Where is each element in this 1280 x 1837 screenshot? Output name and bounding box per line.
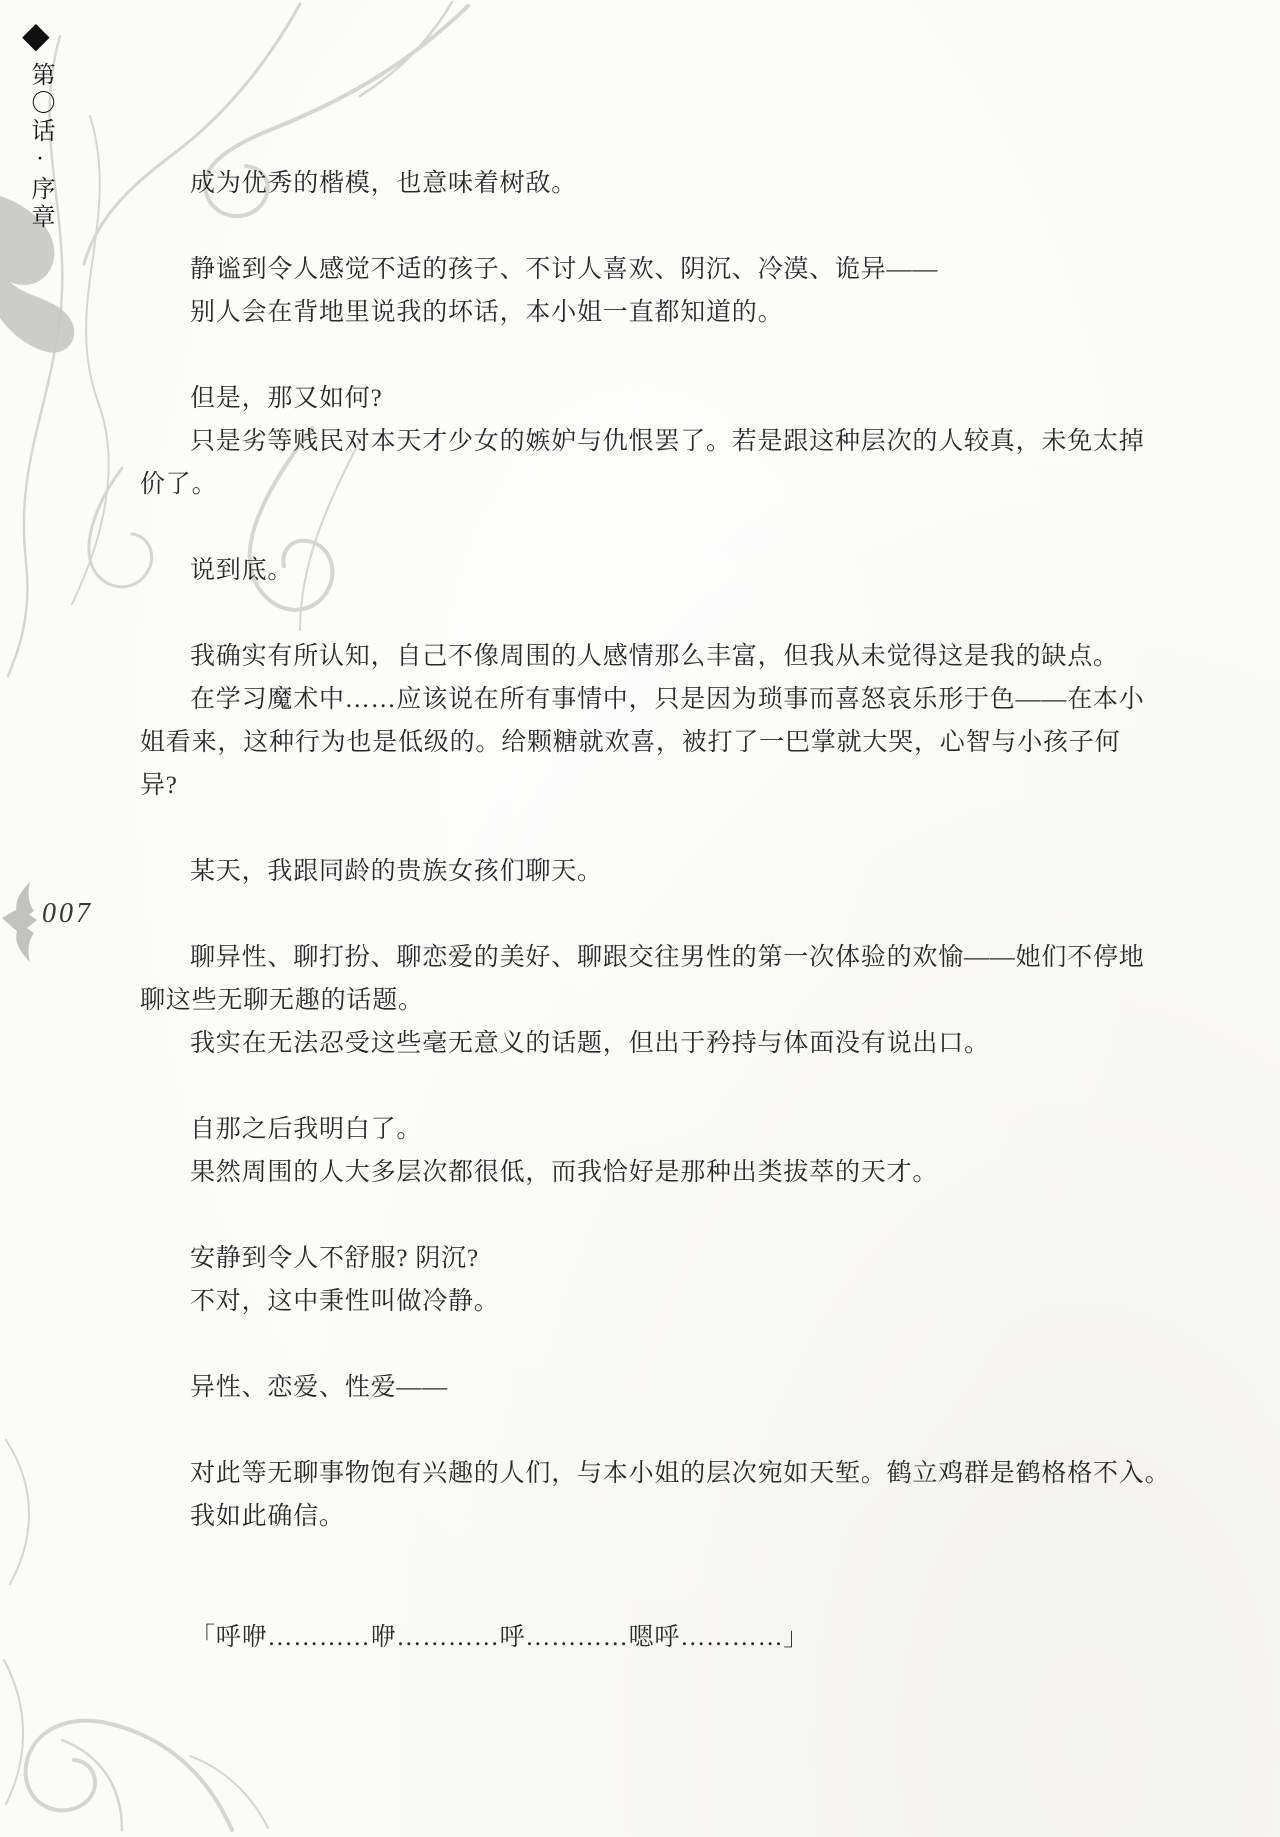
text-line: 说到底。 [140,549,1200,592]
text-line: 成为优秀的楷模，也意味着树敌。 [140,162,1200,205]
novel-page: ◆ 第〇话·序章 007 成为优秀的楷模，也意味着树敌。静谧到令人感觉不适的孩子… [0,0,1280,1837]
paragraph-group: 「呼咿…………咿…………呼…………嗯呼…………」 [140,1616,1200,1659]
text-line: 静谧到令人感觉不适的孩子、不讨人喜欢、阴沉、冷漠、诡异—— [140,248,1200,291]
paragraph-group: 某天，我跟同龄的贵族女孩们聊天。 [140,850,1200,893]
page-number: 007 [42,898,93,930]
text-line: 姐看来，这种行为也是低级的。给颗糖就欢喜，被打了一巴掌就大哭，心智与小孩子何 [140,721,1200,764]
paragraph-group: 成为优秀的楷模，也意味着树敌。 [140,162,1200,205]
chapter-title-vertical: 第〇话·序章 [23,62,58,232]
text-line: 我确实有所认知，自己不像周围的人感情那么丰富，但我从未觉得这是我的缺点。 [140,635,1200,678]
paragraph-group: 说到底。 [140,549,1200,592]
paragraph-group: 安静到令人不舒服? 阴沉?不对，这中秉性叫做冷静。 [140,1237,1200,1323]
paragraph-group: 异性、恋爱、性爱—— [140,1366,1200,1409]
text-line: 我实在无法忍受这些毫无意义的话题，但出于矜持与体面没有说出口。 [140,1022,1200,1065]
body-text: 成为优秀的楷模，也意味着树敌。静谧到令人感觉不适的孩子、不讨人喜欢、阴沉、冷漠、… [140,162,1200,1659]
text-line: 自那之后我明白了。 [140,1108,1200,1151]
text-line: 不对，这中秉性叫做冷静。 [140,1280,1200,1323]
paragraph-group: 静谧到令人感觉不适的孩子、不讨人喜欢、阴沉、冷漠、诡异——别人会在背地里说我的坏… [140,248,1200,334]
text-line: 异性、恋爱、性爱—— [140,1366,1200,1409]
text-line: 聊异性、聊打扮、聊恋爱的美好、聊跟交往男性的第一次体验的欢愉——她们不停地 [140,936,1200,979]
text-line: 但是，那又如何? [140,377,1200,420]
text-line: 在学习魔术中……应该说在所有事情中，只是因为琐事而喜怒哀乐形于色——在本小 [140,678,1200,721]
paragraph-group: 自那之后我明白了。果然周围的人大多层次都很低，而我恰好是那种出类拔萃的天才。 [140,1108,1200,1194]
text-line: 安静到令人不舒服? 阴沉? [140,1237,1200,1280]
text-line: 聊这些无聊无趣的话题。 [140,979,1200,1022]
page-number-ornament-icon [0,882,40,967]
text-line: 只是劣等贱民对本天才少女的嫉妒与仇恨罢了。若是跟这种层次的人较真，未免太掉 [140,420,1200,463]
text-line: 价了。 [140,463,1200,506]
text-line: 对此等无聊事物饱有兴趣的人们，与本小姐的层次宛如天堑。鹤立鸡群是鹤格格不入。 [140,1452,1200,1495]
text-line: 异? [140,764,1200,807]
chapter-diamond-icon: ◆ [22,18,50,54]
paragraph-group: 聊异性、聊打扮、聊恋爱的美好、聊跟交往男性的第一次体验的欢愉——她们不停地聊这些… [140,936,1200,1065]
paragraph-group: 对此等无聊事物饱有兴趣的人们，与本小姐的层次宛如天堑。鹤立鸡群是鹤格格不入。我如… [140,1452,1200,1538]
text-line: 果然周围的人大多层次都很低，而我恰好是那种出类拔萃的天才。 [140,1151,1200,1194]
paragraph-group: 我确实有所认知，自己不像周围的人感情那么丰富，但我从未觉得这是我的缺点。在学习魔… [140,635,1200,807]
dialogue-line: 「呼咿…………咿…………呼…………嗯呼…………」 [140,1616,1200,1659]
text-line: 我如此确信。 [140,1495,1200,1538]
text-line: 别人会在背地里说我的坏话，本小姐一直都知道的。 [140,291,1200,334]
text-line: 某天，我跟同龄的贵族女孩们聊天。 [140,850,1200,893]
paragraph-group: 但是，那又如何?只是劣等贱民对本天才少女的嫉妒与仇恨罢了。若是跟这种层次的人较真… [140,377,1200,506]
